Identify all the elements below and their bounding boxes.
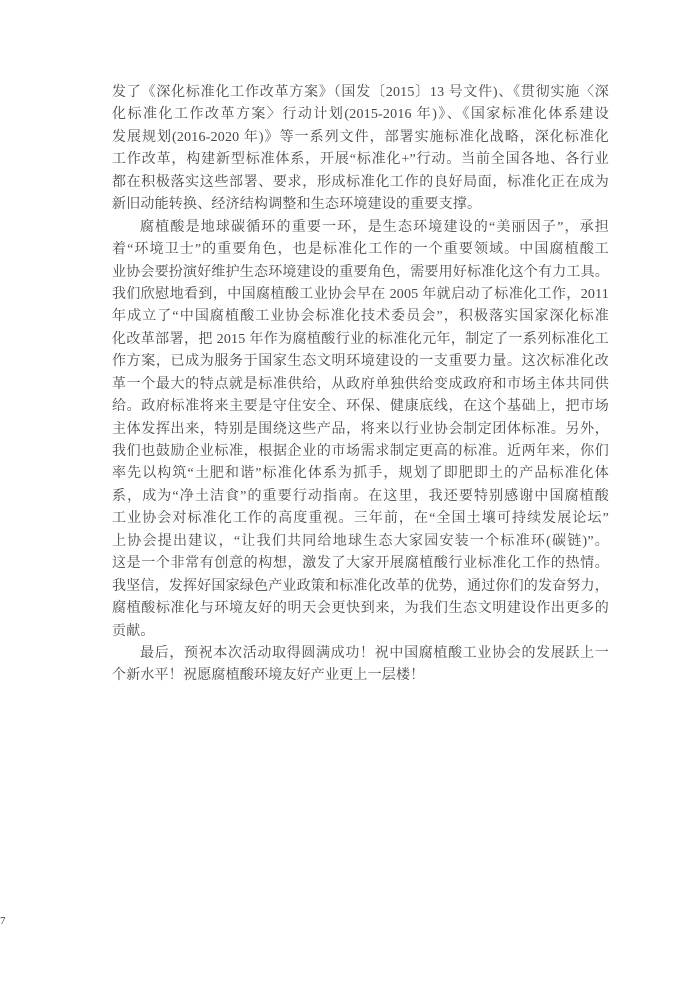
text-line: 主体发挥出来，特别是围绕这些产品，将来以行业协会制定团体标准。另外， [112, 419, 609, 441]
text-line: 着“环境卫士”的重要角色，也是标准化工作的一个重要领域。中国腐植酸工 [112, 239, 609, 261]
text-line: 我们也鼓励企业标准，根据企业的市场需求制定更高的标准。近两年来，你们 [112, 441, 609, 463]
text-line: 这是一个非常有创意的构想，激发了大家开展腐植酸行业标准化工作的热情。 [112, 553, 609, 575]
text-line: 贡献。 [112, 621, 609, 643]
text-line: 我坚信，发挥好国家绿色产业政策和标准化改革的优势，通过你们的发奋努力， [112, 576, 609, 598]
text-line: 年成立了“中国腐植酸工业协会标准化技术委员会”，积极落实国家深化标准 [112, 306, 609, 328]
text-line: 革一个最大的特点就是标准供给，从政府单独供给变成政府和市场主体共同供 [112, 374, 609, 396]
text-line: 发了《深化标准化工作改革方案》（国发〔2015〕13 号文件)、《贯彻实施〈深 [112, 82, 609, 104]
text-line: 工作改革，构建新型标准体系，开展“标准化+”行动。当前全国各地、各行业 [112, 149, 609, 171]
text-line: 新旧动能转换、经济结构调整和生态环境建设的重要支撑。 [112, 194, 609, 216]
page-number: 7 [0, 914, 6, 928]
text-line: 都在积极落实这些部署、要求，形成标准化工作的良好局面，标准化正在成为 [112, 172, 609, 194]
paragraph: 腐植酸是地球碳循环的重要一环，是生态环境建设的“美丽因子”，承担着“环境卫士”的… [112, 217, 609, 643]
text-line: 工业协会对标准化工作的高度重视。三年前，在“全国土壤可持续发展论坛” [112, 508, 609, 530]
text-line: 率先以构筑“土肥和谐”标准化体系为抓手，规划了即肥即土的产品标准化体 [112, 463, 609, 485]
paragraph: 发了《深化标准化工作改革方案》（国发〔2015〕13 号文件)、《贯彻实施〈深化… [112, 82, 609, 217]
text-line: 个新水平！祝愿腐植酸环境友好产业更上一层楼！ [112, 665, 609, 687]
document-page: 发了《深化标准化工作改革方案》（国发〔2015〕13 号文件)、《贯彻实施〈深化… [0, 0, 699, 990]
text-line: 化改革部署，把 2015 年作为腐植酸行业的标准化元年，制定了一系列标准化工 [112, 329, 609, 351]
text-line: 我们欣慰地看到，中国腐植酸工业协会早在 2005 年就启动了标准化工作，2011 [112, 284, 609, 306]
text-line: 发展规划(2016-2020 年)》等一系列文件，部署实施标准化战略，深化标准化 [112, 127, 609, 149]
paragraph: 最后，预祝本次活动取得圆满成功！祝中国腐植酸工业协会的发展跃上一个新水平！祝愿腐… [112, 643, 609, 688]
text-line: 给。政府标准将来主要是守住安全、环保、健康底线，在这个基础上，把市场 [112, 396, 609, 418]
text-line: 上协会提出建议，“让我们共同给地球生态大家园安装一个标准环(碳链)”。 [112, 531, 609, 553]
text-line: 腐植酸是地球碳循环的重要一环，是生态环境建设的“美丽因子”，承担 [112, 217, 609, 239]
text-line: 系，成为“净土洁食”的重要行动指南。在这里，我还要特别感谢中国腐植酸 [112, 486, 609, 508]
text-line: 业协会要扮演好维护生态环境建设的重要角色，需要用好标准化这个有力工具。 [112, 262, 609, 284]
text-line: 化标准化工作改革方案〉行动计划(2015-2016 年)》、《国家标准化体系建设 [112, 104, 609, 126]
text-block: 发了《深化标准化工作改革方案》（国发〔2015〕13 号文件)、《贯彻实施〈深化… [112, 82, 609, 688]
text-line: 作方案，已成为服务于国家生态文明环境建设的一支重要力量。这次标准化改 [112, 351, 609, 373]
text-line: 腐植酸标准化与环境友好的明天会更快到来，为我们生态文明建设作出更多的 [112, 598, 609, 620]
text-line: 最后，预祝本次活动取得圆满成功！祝中国腐植酸工业协会的发展跃上一 [112, 643, 609, 665]
